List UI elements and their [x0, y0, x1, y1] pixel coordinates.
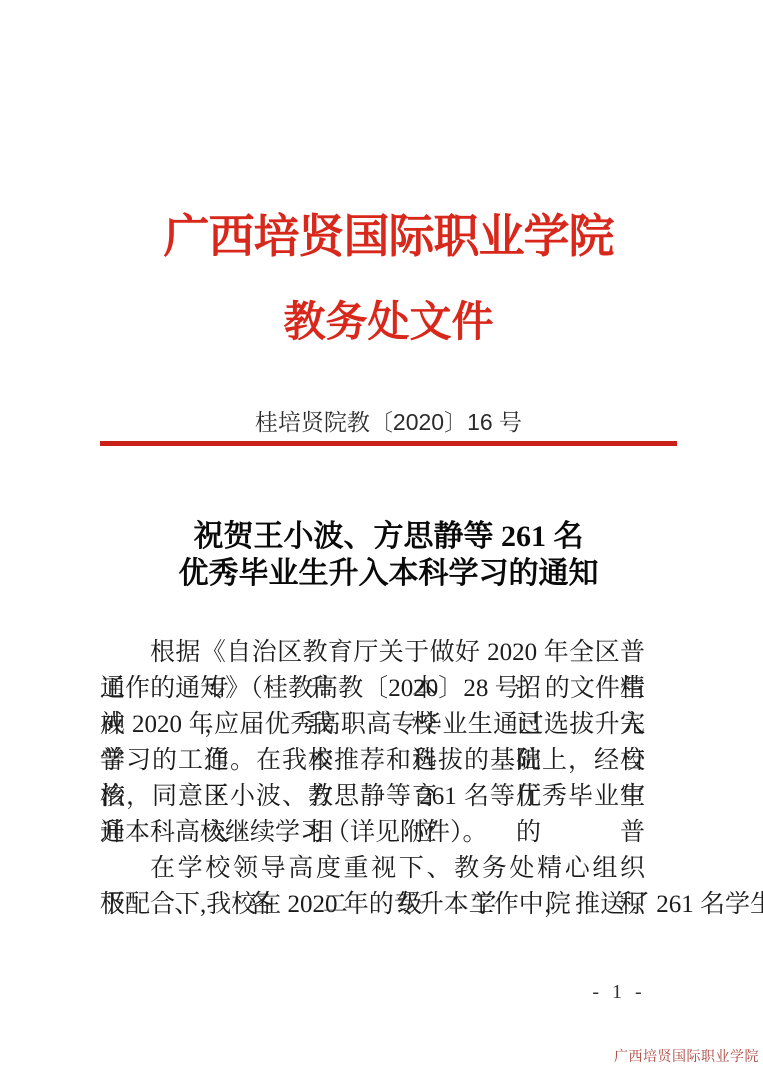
body-line: 工作的通知》（桂教高教〔2020〕28 号）的文件精神，我校已完 — [100, 671, 645, 707]
body-line: 在学校领导高度重视下、教务处精心组织下、各二级学院积 — [100, 851, 645, 887]
body-line: 根据《自治区教育厅关于做好 2020 年全区普通专升本招生 — [100, 635, 645, 671]
footer-org-name: 广西培贤国际职业学院 — [614, 1046, 759, 1066]
header-org-name: 广西培贤国际职业学院 — [100, 210, 677, 264]
document-title: 祝贺王小波、方思静等 261 名 优秀毕业生升入本科学习的通知 — [100, 518, 677, 592]
page-number: - 1 - — [558, 981, 680, 1004]
header-doc-type: 教务处文件 — [100, 298, 677, 348]
document-title-line-2: 优秀毕业生升入本科学习的通知 — [100, 555, 677, 592]
body-line: 学习的工作。在我校推荐和选拔的基础上，经自治区教育厅审 — [100, 743, 645, 779]
body-line: 核，同意王小波、方思静等 261 名等优秀毕业生升入相应的普 — [100, 779, 645, 815]
document-body: 根据《自治区教育厅关于做好 2020 年全区普通专升本招生 工作的通知》（桂教高… — [100, 635, 645, 923]
doc-number: 桂培贤院教〔2020〕16 号 — [100, 409, 677, 436]
document-title-line-1: 祝贺王小波、方思静等 261 名 — [100, 518, 677, 555]
document-page: 广西培贤国际职业学院 教务处文件 桂培贤院教〔2020〕16 号 祝贺王小波、方… — [0, 0, 763, 1080]
body-line: 极配合下,我校在 2020 年的专升本工作中， 推送了 261 名学生 — [100, 887, 645, 923]
body-line: 成 2020 年应届优秀高职高专毕业生通过选拔升入普通本科院校 — [100, 707, 645, 743]
red-divider-line — [100, 441, 677, 446]
